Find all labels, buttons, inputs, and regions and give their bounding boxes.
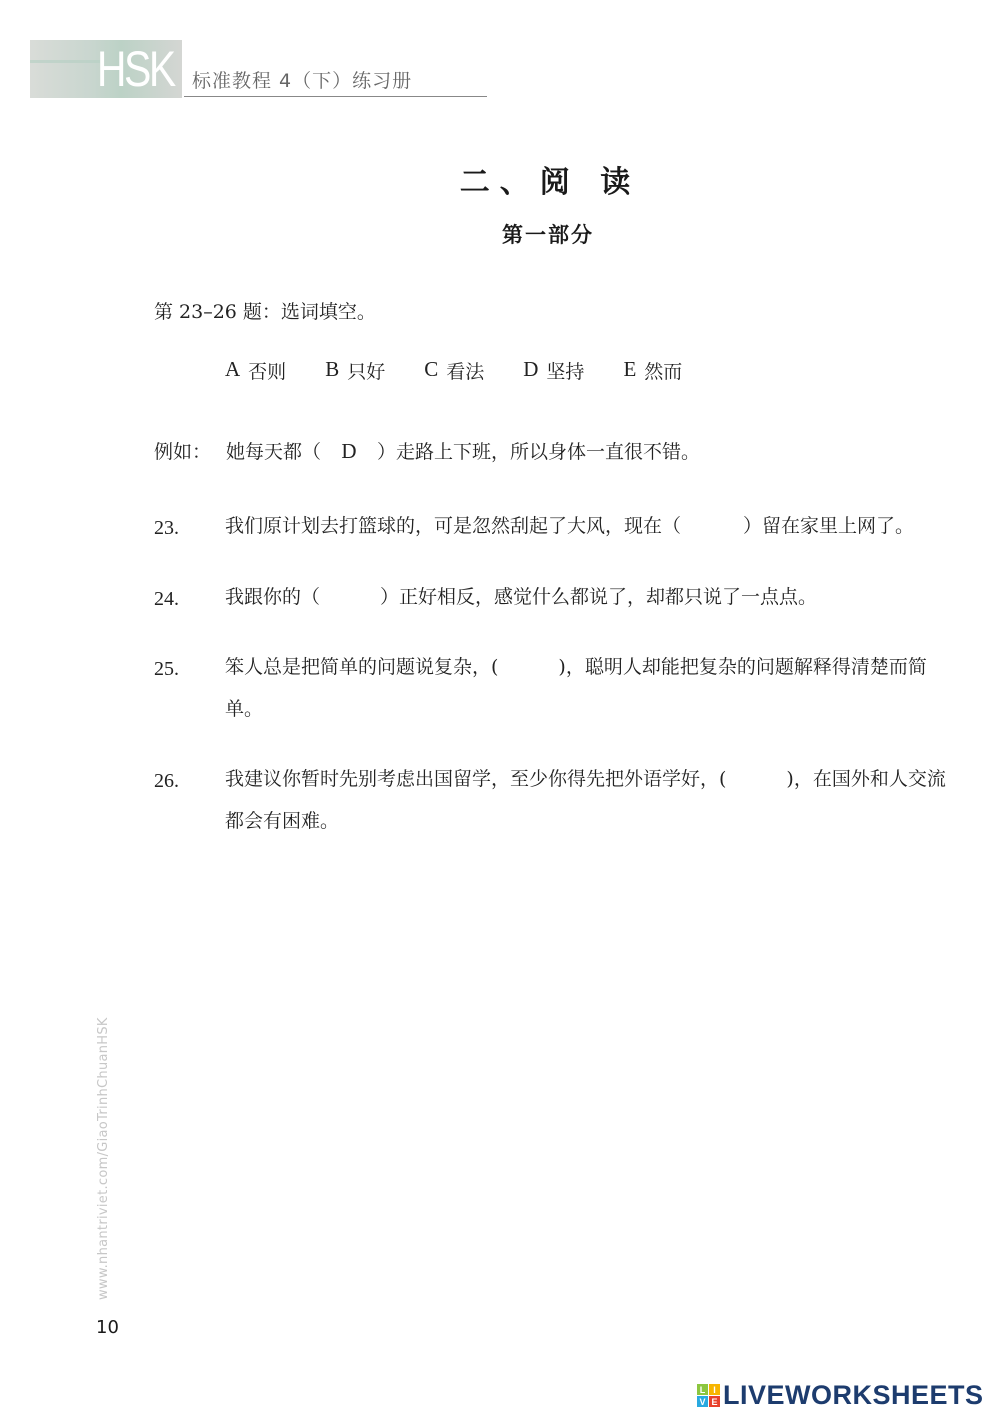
example-text-after: ）走路上下班，所以身体一直很不错。 (377, 441, 700, 463)
liveworksheets-logo-icon: L I V E (697, 1384, 720, 1407)
answer-blank-24[interactable] (320, 586, 380, 610)
option-d: D 坚持 (523, 357, 584, 384)
logo-tile-i: I (709, 1384, 720, 1395)
option-word: 看法 (446, 357, 484, 384)
question-25: 25. 笨人总是把简单的问题说复杂，()，聪明人却能把复杂的问题解释得清楚而简单… (154, 656, 954, 730)
option-letter: D (523, 357, 538, 384)
hsk-logo: HSK (30, 40, 182, 98)
publisher-watermark: www.nhantriviet.com/GiaoTrinhChuanHSK (96, 1017, 111, 1300)
question-text-after: ）留在家里上网了。 (743, 515, 914, 537)
section-title: 二、阅 读 (0, 157, 1000, 201)
question-text-before: 笨人总是把简单的问题说复杂，( (225, 656, 498, 678)
header-divider (184, 96, 487, 97)
liveworksheets-wordmark: LIVEWORKSHEETS (723, 1380, 984, 1411)
answer-blank-25[interactable] (498, 656, 558, 680)
option-letter: C (424, 357, 438, 384)
part-title: 第一部分 (0, 219, 1000, 249)
option-c: C 看法 (424, 357, 484, 384)
option-letter: A (225, 357, 240, 384)
liveworksheets-brand[interactable]: L I V E LIVEWORKSHEETS (697, 1380, 984, 1411)
option-e: E 然而 (623, 357, 682, 384)
question-text-before: 我建议你暂时先别考虑出国留学，至少你得先把外语学好，( (225, 768, 726, 790)
logo-tile-e: E (709, 1396, 720, 1407)
option-letter: B (325, 357, 339, 384)
hsk-logo-text: HSK (97, 41, 174, 97)
question-number: 23. (154, 515, 225, 547)
option-word: 然而 (644, 357, 682, 384)
example-text-before: 她每天都（ (226, 441, 321, 463)
question-text-before: 我们原计划去打篮球的，可是忽然刮起了大风，现在（ (225, 515, 681, 537)
question-23: 23. 我们原计划去打篮球的，可是忽然刮起了大风，现在（）留在家里上网了。 (154, 515, 954, 547)
logo-tile-l: L (697, 1384, 708, 1395)
question-text-before: 我跟你的（ (225, 586, 320, 608)
option-word: 坚持 (546, 357, 584, 384)
question-24: 24. 我跟你的（）正好相反，感觉什么都说了，却都只说了一点点。 (154, 586, 954, 618)
question-number: 26. (154, 768, 225, 842)
question-text-after: ）正好相反，感觉什么都说了，却都只说了一点点。 (380, 586, 817, 608)
example-answer: D (321, 439, 377, 464)
logo-tile-v: V (697, 1396, 708, 1407)
option-b: B 只好 (325, 357, 385, 384)
answer-blank-23[interactable] (681, 515, 743, 539)
question-26: 26. 我建议你暂时先别考虑出国留学，至少你得先把外语学好，()，在国外和人交流… (154, 768, 954, 842)
option-letter: E (623, 357, 636, 384)
option-a: A 否则 (225, 357, 286, 384)
option-word: 只好 (347, 357, 385, 384)
example-label: 例如： (154, 437, 226, 464)
page-number: 10 (96, 1317, 119, 1338)
example-sentence: 例如： 她每天都（D）走路上下班，所以身体一直很不错。 (154, 437, 700, 464)
logo-stripe (30, 60, 100, 63)
book-title: 标准教程 4（下）练习册 (192, 66, 412, 93)
word-options: A 否则 B 只好 C 看法 D 坚持 E 然而 (225, 357, 721, 384)
option-word: 否则 (248, 357, 286, 384)
question-number: 25. (154, 656, 225, 730)
answer-blank-26[interactable] (726, 768, 786, 792)
instruction-text: 第 23–26 题：选词填空。 (154, 297, 376, 324)
question-number: 24. (154, 586, 225, 618)
